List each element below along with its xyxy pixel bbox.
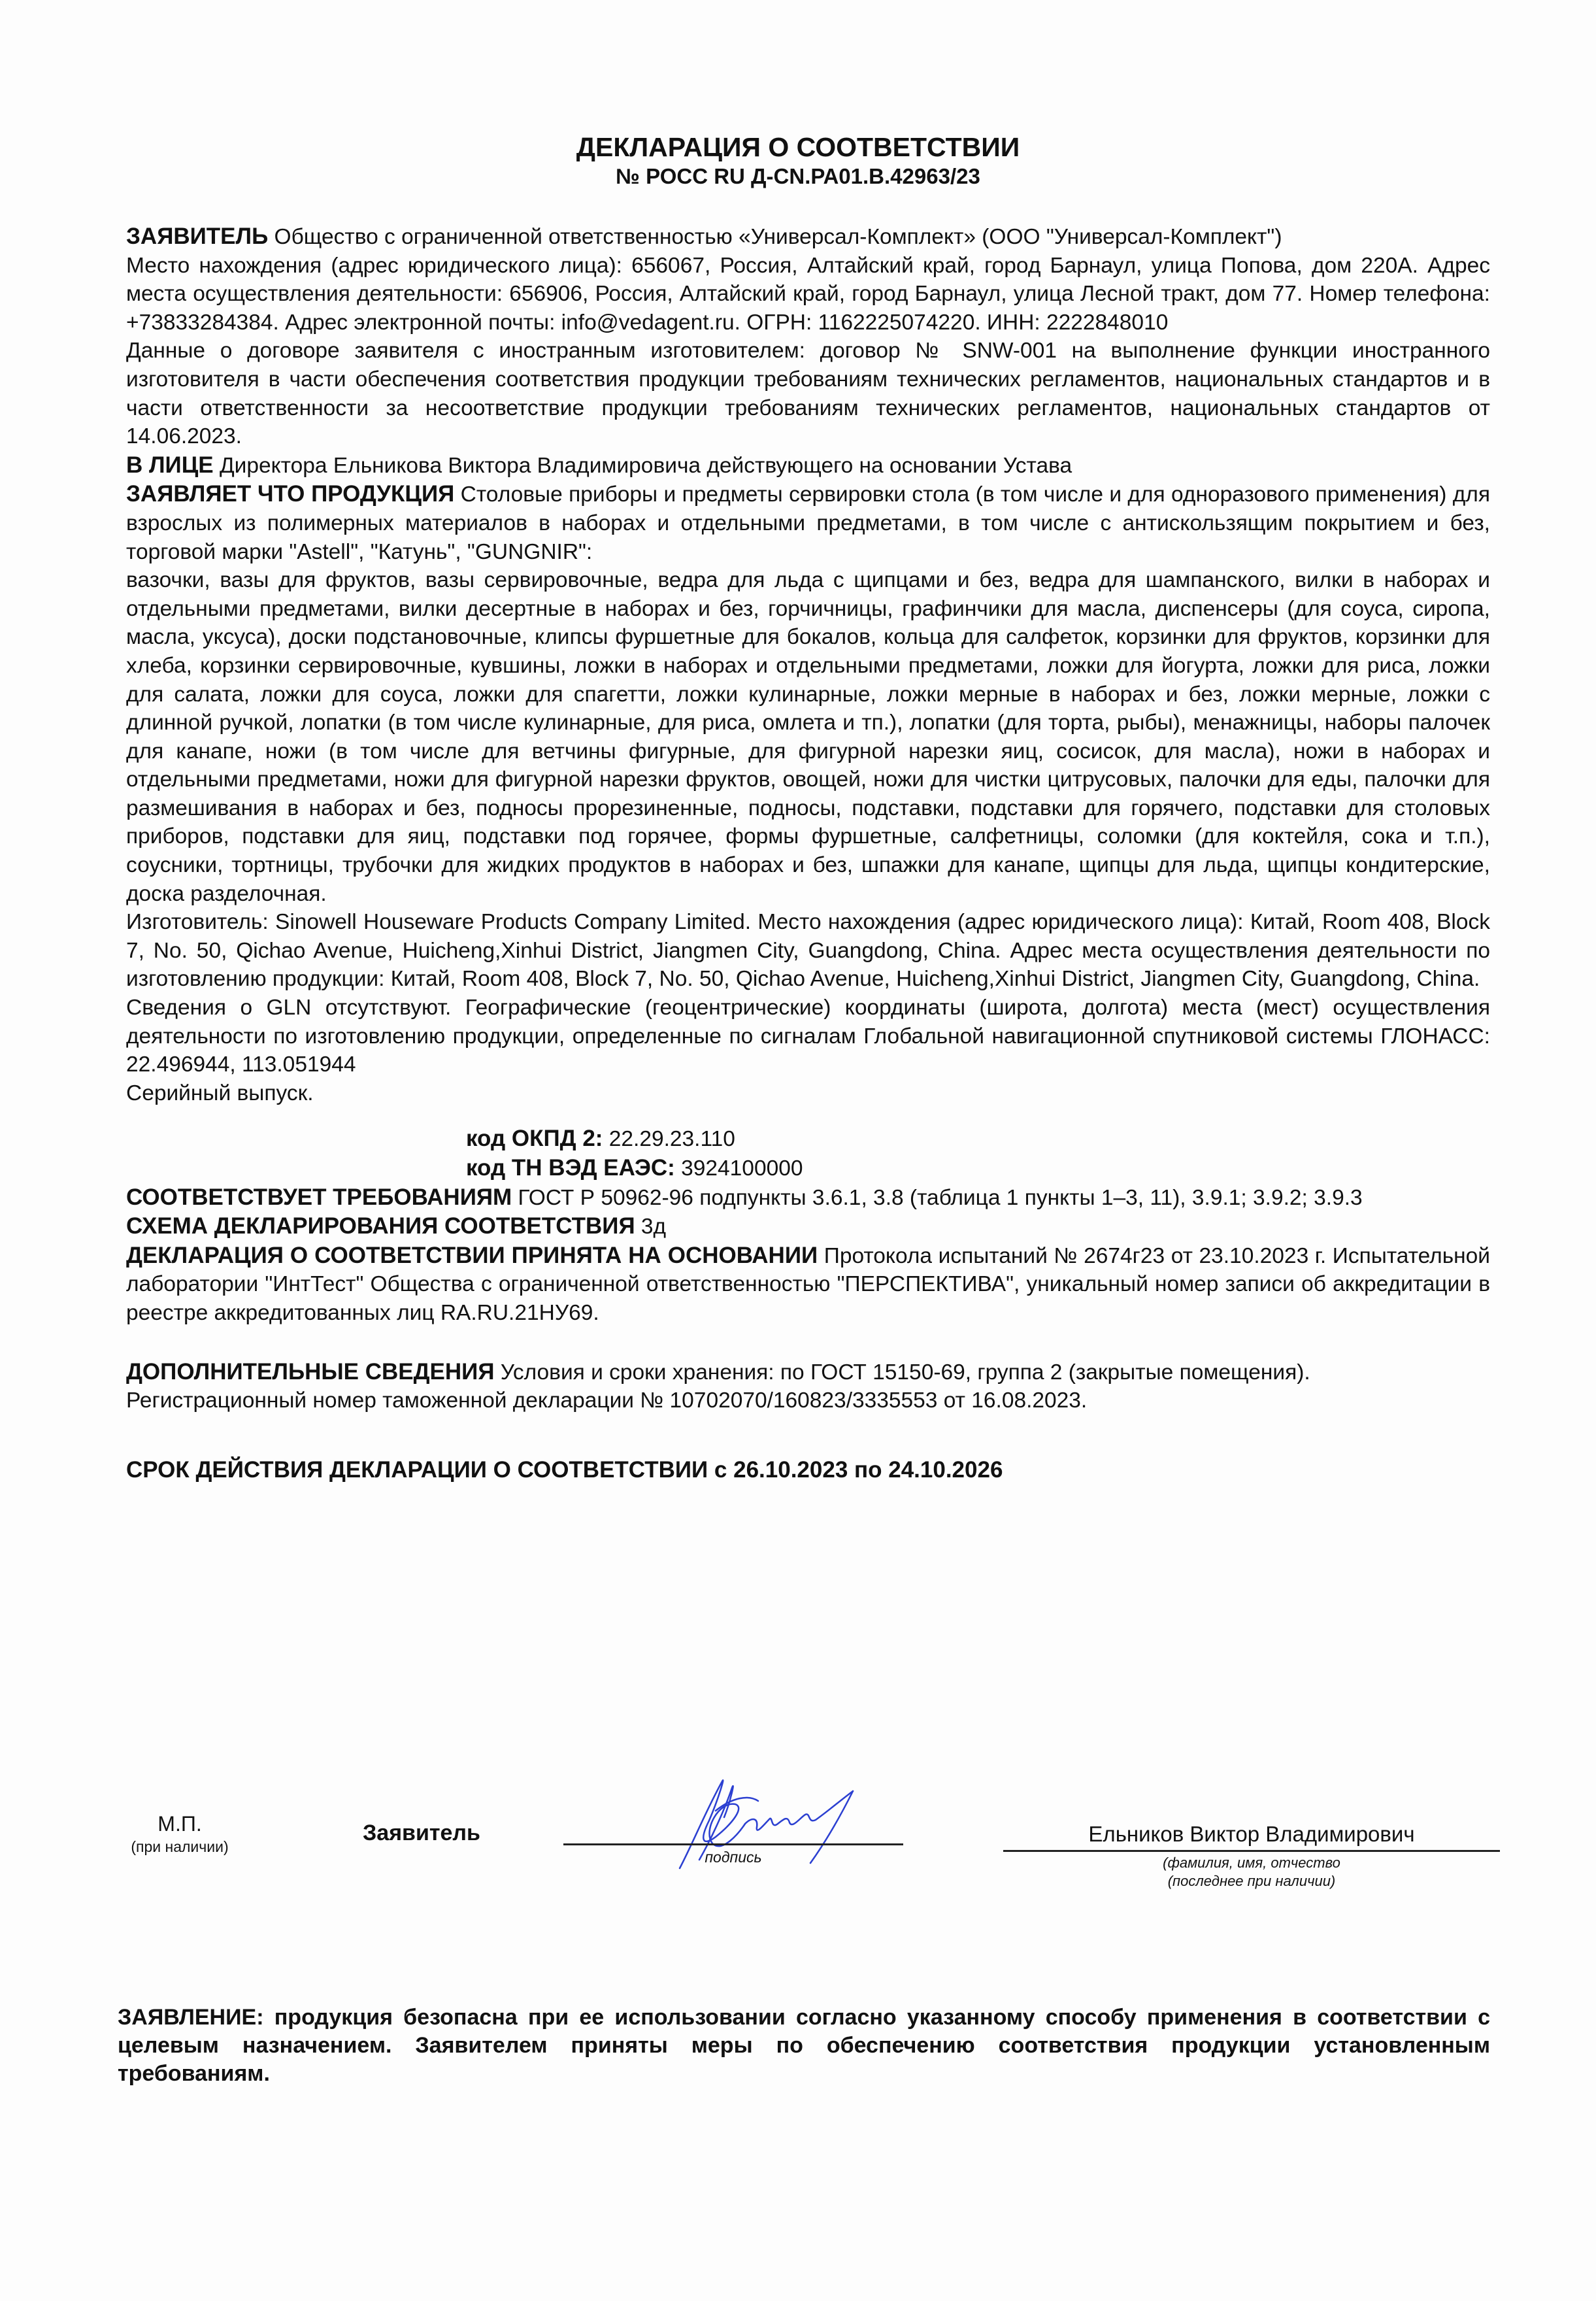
representative-section: В ЛИЦЕ Директора Ельникова Виктора Влади… — [126, 451, 1490, 480]
conformity-text: ГОСТ Р 50962-96 подпункты 3.6.1, 3.8 (та… — [518, 1186, 1363, 1210]
applicant-text: Общество с ограниченной ответственностью… — [274, 225, 1282, 249]
scheme-section: СХЕМА ДЕКЛАРИРОВАНИЯ СООТВЕТСТВИЯ 3д — [126, 1212, 1490, 1241]
seal-placeholder: М.П. (при наличии) — [114, 1811, 245, 1856]
product-section: ЗАЯВЛЯЕТ ЧТО ПРОДУКЦИЯ Столовые приборы … — [126, 480, 1490, 566]
basis-section: ДЕКЛАРАЦИЯ О СООТВЕТСТВИИ ПРИНЯТА НА ОСН… — [126, 1241, 1490, 1328]
document-body: ЗАЯВИТЕЛЬ Общество с ограниченной ответс… — [126, 222, 1490, 1484]
signatory-name: Ельников Виктор Владимирович — [1003, 1822, 1500, 1846]
representative-text: Директора Ельникова Виктора Владимирович… — [220, 454, 1072, 478]
validity-label: СРОК ДЕЙСТВИЯ ДЕКЛАРАЦИИ О СООТВЕТСТВИИ — [126, 1457, 708, 1483]
declaration-number: № РОСС RU Д-CN.РА01.В.42963/23 — [0, 163, 1596, 190]
statement-label: ЗАЯВЛЕНИЕ: — [118, 2005, 264, 2030]
gln-info: Сведения о GLN отсутствуют. Географическ… — [126, 994, 1490, 1079]
validity-section: СРОК ДЕЙСТВИЯ ДЕКЛАРАЦИИ О СООТВЕТСТВИИ … — [126, 1456, 1490, 1485]
tnved-code: код ТН ВЭД ЕАЭС: 3924100000 — [466, 1154, 1490, 1183]
seal-note: (при наличии) — [114, 1837, 245, 1856]
applicant-contract: Данные о договоре заявителя с иностранны… — [126, 337, 1490, 450]
seal-label: М.П. — [114, 1811, 245, 1837]
name-caption-line-1: (фамилия, имя, отчество — [1003, 1854, 1500, 1872]
okpd-code: код ОКПД 2: 22.29.23.110 — [466, 1124, 1490, 1154]
conformity-label: СООТВЕТСТВУЕТ ТРЕБОВАНИЯМ — [126, 1184, 512, 1210]
basis-label: ДЕКЛАРАЦИЯ О СООТВЕТСТВИИ ПРИНЯТА НА ОСН… — [126, 1243, 818, 1268]
additional-text: Условия и сроки хранения: по ГОСТ 15150-… — [501, 1360, 1310, 1385]
name-caption-line-2: (последнее при наличии) — [1003, 1872, 1500, 1890]
tnved-label: код ТН ВЭД ЕАЭС: — [466, 1155, 675, 1181]
signature-line — [563, 1843, 903, 1845]
applicant-label: ЗАЯВИТЕЛЬ — [126, 224, 268, 249]
release-type: Серийный выпуск. — [126, 1079, 1490, 1108]
product-label: ЗАЯВЛЯЕТ ЧТО ПРОДУКЦИЯ — [126, 481, 454, 507]
signature-caption: подпись — [563, 1849, 903, 1866]
safety-statement: ЗАЯВЛЕНИЕ: продукция безопасна при ее ис… — [118, 2004, 1490, 2088]
tnved-value: 3924100000 — [681, 1156, 803, 1181]
name-line — [1003, 1850, 1500, 1852]
statement-text: продукция безопасна при ее использовании… — [118, 2005, 1490, 2086]
product-items: вазочки, вазы для фруктов, вазы сервиров… — [126, 566, 1490, 908]
representative-label: В ЛИЦЕ — [126, 452, 214, 478]
customs-declaration: Регистрационный номер таможенной деклара… — [126, 1386, 1490, 1415]
declaration-page: ДЕКЛАРАЦИЯ О СООТВЕТСТВИИ № РОСС RU Д-CN… — [0, 0, 1596, 2301]
additional-label: ДОПОЛНИТЕЛЬНЫЕ СВЕДЕНИЯ — [126, 1359, 494, 1385]
document-header: ДЕКЛАРАЦИЯ О СООТВЕТСТВИИ № РОСС RU Д-CN… — [0, 131, 1596, 190]
validity-period: с 26.10.2023 по 24.10.2026 — [714, 1457, 1003, 1483]
additional-section: ДОПОЛНИТЕЛЬНЫЕ СВЕДЕНИЯ Условия и сроки … — [126, 1358, 1490, 1387]
okpd-value: 22.29.23.110 — [609, 1127, 735, 1151]
okpd-label: код ОКПД 2: — [466, 1126, 603, 1151]
document-title: ДЕКЛАРАЦИЯ О СООТВЕТСТВИИ — [0, 131, 1596, 163]
applicant-section: ЗАЯВИТЕЛЬ Общество с ограниченной ответс… — [126, 222, 1490, 252]
signature-block: М.П. (при наличии) Заявитель подпись Ель… — [0, 1785, 1596, 1955]
manufacturer-info: Изготовитель: Sinowell Houseware Product… — [126, 908, 1490, 994]
scheme-label: СХЕМА ДЕКЛАРИРОВАНИЯ СООТВЕТСТВИЯ — [126, 1213, 635, 1239]
scheme-value: 3д — [641, 1215, 666, 1239]
applicant-signature-label: Заявитель — [363, 1821, 480, 1846]
applicant-address: Место нахождения (адрес юридического лиц… — [126, 252, 1490, 337]
name-caption: (фамилия, имя, отчество (последнее при н… — [1003, 1854, 1500, 1890]
conformity-section: СООТВЕТСТВУЕТ ТРЕБОВАНИЯМ ГОСТ Р 50962-9… — [126, 1183, 1490, 1213]
